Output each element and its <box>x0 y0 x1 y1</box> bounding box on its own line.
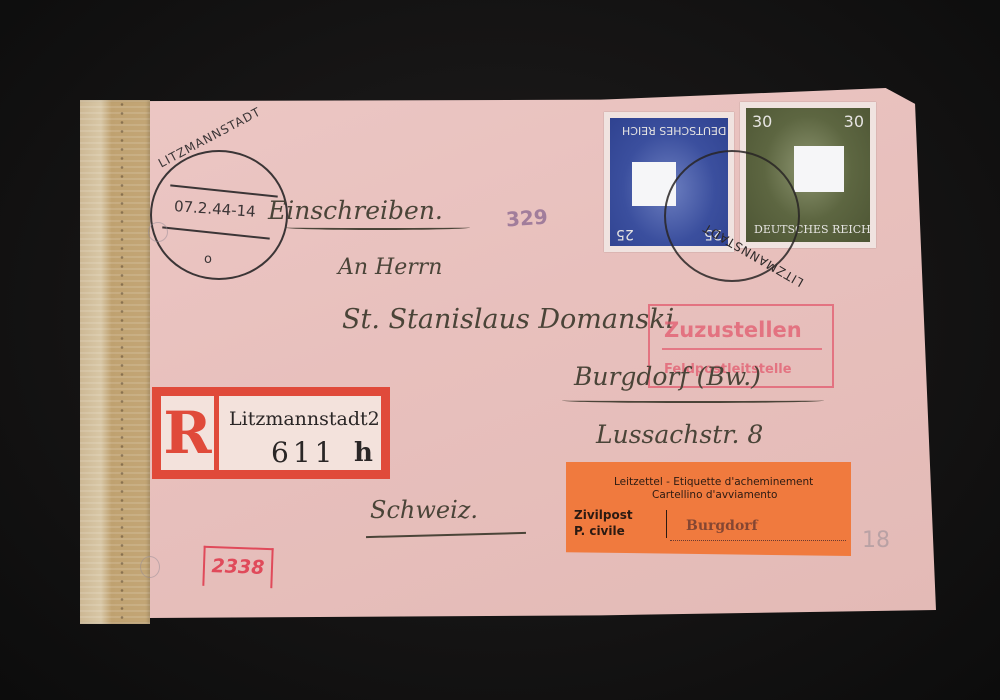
stamp-denomination: 30 <box>844 112 864 131</box>
stamp-country: DEUTSCHES REICH <box>622 124 726 137</box>
registration-suffix: h <box>354 438 373 468</box>
portrait-cover-square <box>794 146 844 192</box>
stamp-denomination: 25 <box>616 226 634 242</box>
registration-label: R Litzmannstadt2 611 h <box>152 387 390 479</box>
registration-number: 611 <box>271 436 336 469</box>
country-handwriting: Schweiz. <box>370 496 478 524</box>
postmark-line <box>170 184 278 197</box>
city-underline <box>562 398 824 403</box>
stamp-denomination: 30 <box>752 112 772 131</box>
routing-label-brace <box>666 510 667 538</box>
postmark-bottom-letter: o <box>204 252 212 267</box>
censor-tape <box>80 100 150 624</box>
recipient-name-handwriting: St. Stanislaus Domanski <box>342 304 674 335</box>
faint-circle-mark <box>140 556 160 578</box>
service-handwriting: Einschreiben. <box>268 196 443 225</box>
faint-circle-mark <box>148 222 168 242</box>
routing-label-destination: Burgdorf <box>686 518 758 534</box>
postmark-date: 07.2.44-14 <box>173 197 256 221</box>
faint-pencil-number: 18 <box>862 528 890 553</box>
street-handwriting: Lussachstr. 8 <box>596 420 763 449</box>
routing-label-dotted-line <box>670 540 846 541</box>
handwriting-underline <box>285 225 470 230</box>
postmark-line <box>162 226 270 239</box>
routing-label-title: Leitzettel - Etiquette d'acheminement <box>614 476 813 488</box>
routing-stamp-divider <box>662 348 822 350</box>
routing-label-subtitle: Cartellino d'avviamento <box>652 489 777 501</box>
city-handwriting: Burgdorf (Bw.) <box>574 362 761 391</box>
routing-label-pcivile: P. civile <box>574 524 625 538</box>
routing-label-zivilpost: Zivilpost <box>574 508 633 522</box>
salutation-handwriting: An Herrn <box>338 255 442 280</box>
routing-label: Leitzettel - Etiquette d'acheminement Ca… <box>566 462 851 556</box>
purple-ink-number: 329 <box>505 205 548 232</box>
red-boxed-number-stamp: 2338 <box>202 546 273 588</box>
stamp-cancellation-postmark: LITZMANNSTADT <box>664 150 800 282</box>
registration-letter: R <box>161 396 219 470</box>
routing-stamp-line1: Zuzustellen <box>664 318 802 342</box>
tape-perforation <box>118 100 128 624</box>
registration-office: Litzmannstadt2 <box>229 408 380 430</box>
